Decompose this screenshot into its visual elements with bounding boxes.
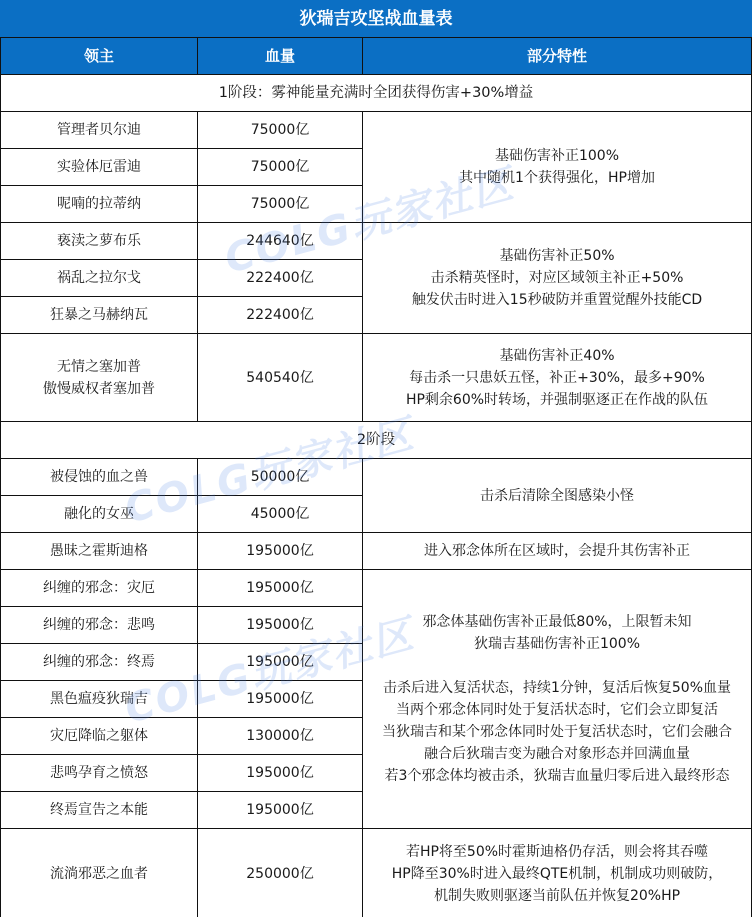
stage-1-label: 1阶段：雾神能量充满时全团获得伤害+30%增益 (1, 75, 752, 112)
boss-traits: 邪念体基础伤害补正最低80%，上限暂未知 狄瑞吉基础伤害补正100% 击杀后进入… (363, 570, 752, 829)
table-row: 愚昧之霍斯迪格 195000亿 进入邪念体所在区域时，会提升其伤害补正 (1, 533, 752, 570)
boss-hp: 45000亿 (198, 496, 363, 533)
boss-hp: 195000亿 (198, 607, 363, 644)
boss-name: 祸乱之拉尔戈 (1, 260, 198, 297)
boss-name: 悲鸣孕育之愤怒 (1, 755, 198, 792)
table-row: 亵渎之萝布乐 244640亿 基础伤害补正50% 击杀精英怪时，对应区域领主补正… (1, 223, 752, 260)
boss-hp: 195000亿 (198, 755, 363, 792)
boss-hp: 195000亿 (198, 644, 363, 681)
table-row: 无情之塞加普 傲慢威权者塞加普 540540亿 基础伤害补正40% 每击杀一只患… (1, 334, 752, 422)
boss-name: 愚昧之霍斯迪格 (1, 533, 198, 570)
boss-hp: 222400亿 (198, 297, 363, 334)
header-hp: 血量 (198, 38, 363, 75)
boss-hp: 130000亿 (198, 718, 363, 755)
boss-name: 无情之塞加普 傲慢威权者塞加普 (1, 334, 198, 422)
boss-name: 实验体厄雷迪 (1, 149, 198, 186)
boss-name: 灾厄降临之躯体 (1, 718, 198, 755)
boss-traits: 进入邪念体所在区域时，会提升其伤害补正 (363, 533, 752, 570)
boss-name: 融化的女巫 (1, 496, 198, 533)
table-row: 纠缠的邪念：灾厄 195000亿 邪念体基础伤害补正最低80%，上限暂未知 狄瑞… (1, 570, 752, 607)
table-row: 管理者贝尔迪 75000亿 基础伤害补正100% 其中随机1个获得强化，HP增加 (1, 112, 752, 149)
boss-hp: 540540亿 (198, 334, 363, 422)
boss-hp: 195000亿 (198, 533, 363, 570)
boss-name: 黑色瘟疫狄瑞吉 (1, 681, 198, 718)
boss-name: 被侵蚀的血之兽 (1, 459, 198, 496)
boss-name: 纠缠的邪念：终焉 (1, 644, 198, 681)
boss-hp: 75000亿 (198, 112, 363, 149)
boss-hp: 75000亿 (198, 149, 363, 186)
header-boss: 领主 (1, 38, 198, 75)
stage-2-label: 2阶段 (1, 422, 752, 459)
boss-traits: 基础伤害补正40% 每击杀一只患妖五怪，补正+30%，最多+90% HP剩余60… (363, 334, 752, 422)
boss-traits: 若HP将至50%时霍斯迪格仍存活，则会将其吞噬 HP降至30%时进入最终QTE机… (363, 829, 752, 917)
boss-hp: 244640亿 (198, 223, 363, 260)
boss-traits: 击杀后清除全图感染小怪 (363, 459, 752, 533)
boss-name: 亵渎之萝布乐 (1, 223, 198, 260)
boss-hp: 222400亿 (198, 260, 363, 297)
boss-name: 狂暴之马赫纳瓦 (1, 297, 198, 334)
boss-hp: 195000亿 (198, 681, 363, 718)
boss-name: 纠缠的邪念：悲鸣 (1, 607, 198, 644)
boss-traits: 基础伤害补正100% 其中随机1个获得强化，HP增加 (363, 112, 752, 223)
boss-name: 流淌邪恶之血者 (1, 829, 198, 917)
boss-name: 纠缠的邪念：灾厄 (1, 570, 198, 607)
boss-hp: 195000亿 (198, 570, 363, 607)
boss-name: 呢喃的拉蒂纳 (1, 186, 198, 223)
boss-hp: 250000亿 (198, 829, 363, 917)
boss-name: 管理者贝尔迪 (1, 112, 198, 149)
header-traits: 部分特性 (363, 38, 752, 75)
boss-hp: 195000亿 (198, 792, 363, 829)
table-row: 流淌邪恶之血者 250000亿 若HP将至50%时霍斯迪格仍存活，则会将其吞噬 … (1, 829, 752, 917)
boss-traits: 基础伤害补正50% 击杀精英怪时，对应区域领主补正+50% 触发伏击时进入15秒… (363, 223, 752, 334)
boss-name: 终焉宣告之本能 (1, 792, 198, 829)
boss-hp: 75000亿 (198, 186, 363, 223)
table-row: 被侵蚀的血之兽 50000亿 击杀后清除全图感染小怪 (1, 459, 752, 496)
table-title: 狄瑞吉攻坚战血量表 (1, 1, 752, 38)
boss-hp-table: 狄瑞吉攻坚战血量表 领主 血量 部分特性 1阶段：雾神能量充满时全团获得伤害+3… (0, 0, 752, 917)
boss-hp: 50000亿 (198, 459, 363, 496)
